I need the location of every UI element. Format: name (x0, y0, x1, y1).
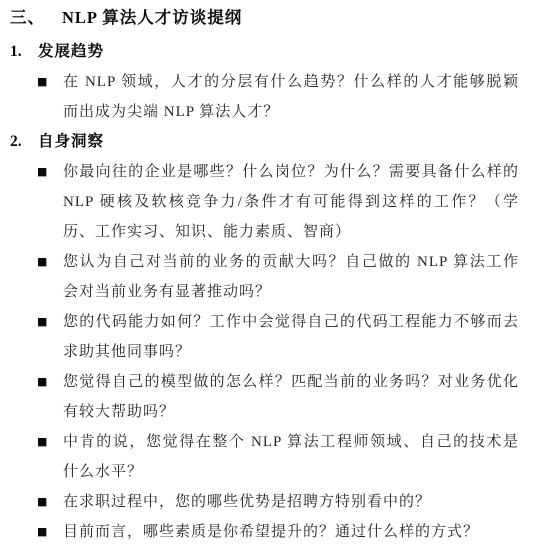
section-heading-label: 发展趋势 (38, 37, 104, 67)
document-title: NLP 算法人才访谈提纲 (62, 5, 242, 31)
section-heading-label: 自身洞察 (38, 127, 104, 157)
bullet-square-icon: ■ (37, 367, 63, 397)
bullet-text: 中肯的说，您觉得在整个 NLP 算法工程师领域、自己的技术是什么水平？ (63, 427, 519, 487)
bullet-text: 在求职过程中，您的哪些优势是招聘方特别看中的？ (63, 487, 519, 517)
bullet-text: 您的代码能力如何？工作中会觉得自己的代码工程能力不够而去求助其他同事吗？ (63, 307, 519, 367)
document-page: 三、 NLP 算法人才访谈提纲 1.发展趋势■在 NLP 领域，人才的分层有什么… (0, 0, 539, 556)
document-body: 1.发展趋势■在 NLP 领域，人才的分层有什么趋势？什么样的人才能够脱颖而出成… (0, 37, 539, 547)
bullet-square-icon: ■ (37, 157, 63, 187)
section-heading: 1.发展趋势 (0, 37, 539, 67)
bullet-text: 你最向往的企业是哪些？什么岗位？为什么？需要具备什么样的 NLP 硬核及软核竞争… (63, 157, 519, 247)
bullet-square-icon: ■ (37, 427, 63, 457)
list-item: ■你最向往的企业是哪些？什么岗位？为什么？需要具备什么样的 NLP 硬核及软核竞… (0, 157, 539, 247)
section-number: 2. (10, 127, 38, 157)
bullet-square-icon: ■ (37, 247, 63, 277)
list-item: ■在求职过程中，您的哪些优势是招聘方特别看中的？ (0, 487, 539, 517)
list-item: ■目前而言，哪些素质是你希望提升的？通过什么样的方式？ (0, 517, 539, 547)
section-number: 1. (10, 37, 38, 67)
bullet-text: 在 NLP 领域，人才的分层有什么趋势？什么样的人才能够脱颖而出成为尖端 NLP… (63, 67, 519, 127)
list-item: ■您觉得自己的模型做的怎么样？匹配当前的业务吗？对业务优化有较大帮助吗？ (0, 367, 539, 427)
bullet-text: 您认为自己对当前的业务的贡献大吗？自己做的 NLP 算法工作会对当前业务有显著推… (63, 247, 519, 307)
bullet-square-icon: ■ (37, 67, 63, 97)
list-item: ■您认为自己对当前的业务的贡献大吗？自己做的 NLP 算法工作会对当前业务有显著… (0, 247, 539, 307)
list-item: ■中肯的说，您觉得在整个 NLP 算法工程师领域、自己的技术是什么水平？ (0, 427, 539, 487)
list-item: ■在 NLP 领域，人才的分层有什么趋势？什么样的人才能够脱颖而出成为尖端 NL… (0, 67, 539, 127)
bullet-square-icon: ■ (37, 517, 63, 547)
list-item: ■您的代码能力如何？工作中会觉得自己的代码工程能力不够而去求助其他同事吗？ (0, 307, 539, 367)
document-title-number: 三、 (10, 5, 62, 31)
section-heading: 2.自身洞察 (0, 127, 539, 157)
bullet-text: 您觉得自己的模型做的怎么样？匹配当前的业务吗？对业务优化有较大帮助吗？ (63, 367, 519, 427)
bullet-square-icon: ■ (37, 307, 63, 337)
bullet-text: 目前而言，哪些素质是你希望提升的？通过什么样的方式？ (63, 517, 519, 547)
document-title-row: 三、 NLP 算法人才访谈提纲 (0, 5, 539, 31)
bullet-square-icon: ■ (37, 487, 63, 517)
